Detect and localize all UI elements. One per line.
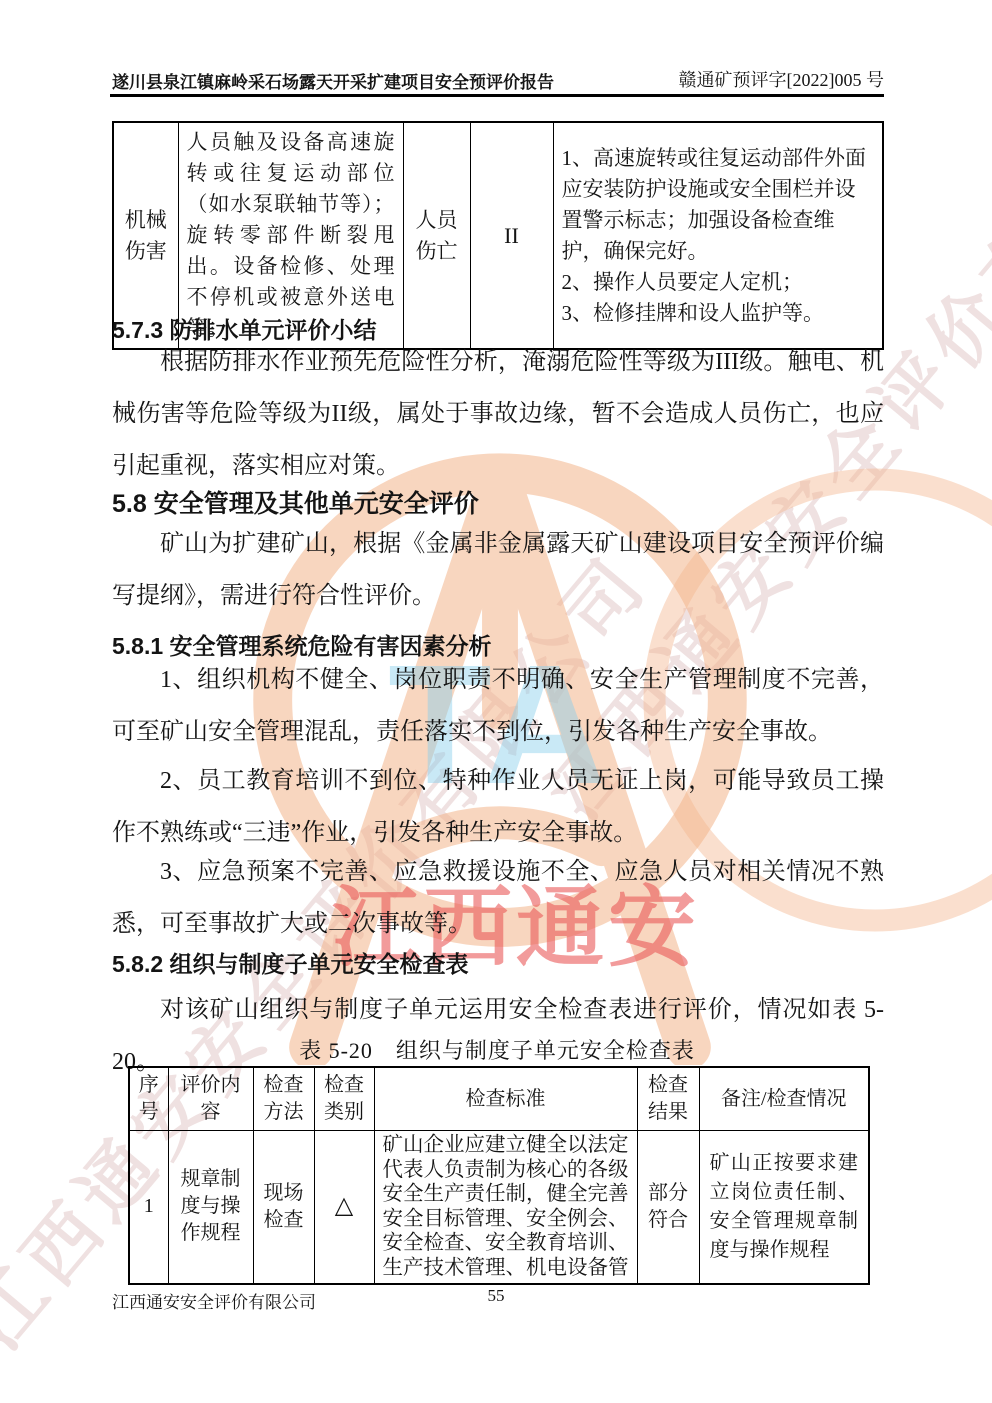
document-page: 江西通安安全评价有限公司 江西通安安全评价有限公司 TA 江西通安 遂川县泉江镇… <box>0 0 992 1403</box>
page-content: 遂川县泉江镇麻岭采石场露天开采扩建项目安全预评价报告 赣通矿预评字[2022]0… <box>0 0 992 1403</box>
header-rule <box>110 94 884 97</box>
page-number: 55 <box>0 1286 992 1306</box>
paragraph: 3、应急预案不完善、应急救援设施不全、应急人员对相关情况不熟悉，可至事故扩大或二… <box>112 846 884 950</box>
col-header-note: 备注/检查情况 <box>699 1067 869 1131</box>
col-header-category: 检查类别 <box>314 1067 374 1131</box>
safety-checklist-table: 序号 评价内容 检查方法 检查类别 检查标准 检查结果 备注/检查情况 1 规章… <box>128 1066 870 1285</box>
header-report-title: 遂川县泉江镇麻岭采石场露天开采扩建项目安全预评价报告 <box>112 68 554 93</box>
col-header-content: 评价内容 <box>168 1067 253 1131</box>
col-header-result: 检查结果 <box>637 1067 699 1131</box>
col-header-standard: 检查标准 <box>374 1067 637 1131</box>
consequence-cell: 人员伤亡 <box>403 122 470 349</box>
measures-cell: 1、高速旋转或往复运动部件外面应安装防护设施或安全围栏并设置警示标志；加强设备检… <box>553 122 883 349</box>
header-doc-number: 赣通矿预评字[2022]005 号 <box>679 66 885 92</box>
row-no-cell: 1 <box>129 1131 168 1284</box>
paragraph: 2、员工教育培训不到位、特种作业人员无证上岗，可能导致员工操作不熟练或“三违”作… <box>112 755 884 859</box>
note-cell: 矿山正按要求建立岗位责任制、安全管理规章制度与操作规程 <box>699 1131 869 1284</box>
col-header-no: 序号 <box>129 1067 168 1131</box>
section-heading-5-8-2: 5.8.2 组织与制度子单元安全检查表 <box>112 946 469 979</box>
paragraph: 矿山为扩建矿山，根据《金属非金属露天矿山建设项目安全预评价编写提纲》，需进行符合… <box>112 518 884 622</box>
measure-item: 2、操作人员要定人定机； <box>562 267 875 298</box>
danger-level-cell: II <box>470 122 553 349</box>
category-cell: △ <box>314 1131 374 1284</box>
paragraph: 1、组织机构不健全、岗位职责不明确、安全生产管理制度不完善，可至矿山安全管理混乱… <box>112 654 884 758</box>
result-cell: 部分符合 <box>637 1131 699 1284</box>
table-caption: 表 5-20 组织与制度子单元安全检查表 <box>112 1034 882 1065</box>
method-cell: 现场检查 <box>253 1131 314 1284</box>
paragraph: 根据防排水作业预先危险性分析，淹溺危险性等级为III级。触电、机械伤害等危险等级… <box>112 336 884 492</box>
content-cell: 规章制度与操作规程 <box>168 1131 253 1284</box>
standard-cell: 矿山企业应建立健全以法定代表人负责制为核心的各级安全生产责任制，健全完善安全目标… <box>374 1131 637 1284</box>
measure-item: 1、高速旋转或往复运动部件外面应安装防护设施或安全围栏并设置警示标志；加强设备检… <box>562 143 875 267</box>
col-header-method: 检查方法 <box>253 1067 314 1131</box>
table-row: 1 规章制度与操作规程 现场检查 △ 矿山企业应建立健全以法定代表人负责制为核心… <box>129 1131 869 1284</box>
section-heading-5-8: 5.8 安全管理及其他单元安全评价 <box>112 484 479 520</box>
measure-item: 3、检修挂牌和设人监护等。 <box>562 298 875 329</box>
table-header-row: 序号 评价内容 检查方法 检查类别 检查标准 检查结果 备注/检查情况 <box>129 1067 869 1131</box>
